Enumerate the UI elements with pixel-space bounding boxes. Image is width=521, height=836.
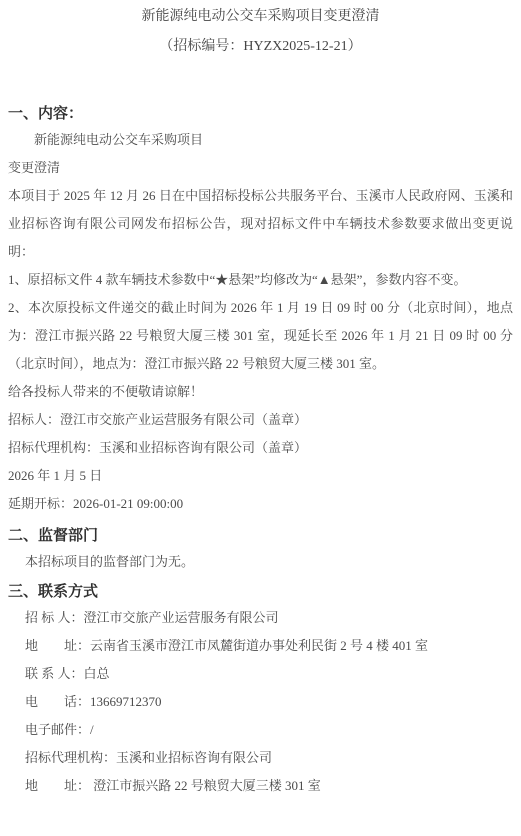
contact-person-value: 白总 [84,666,110,681]
contact-phone-value: 13669712370 [90,694,162,709]
document-page: 新能源纯电动公交车采购项目变更澄清 （招标编号：HYZX2025-12-21） … [0,0,521,800]
contact-tenderer-line: 招 标 人：澄江市交旅产业运营服务有限公司 [8,604,513,632]
section-1-heading: 一、内容： [8,102,513,126]
supervision-line: 本招标项目的监督部门为无。 [8,548,513,576]
contact-tenderer-label: 招 标 人： [25,610,84,625]
change-item-2: 2、本次原投标文件递交的截止时间为 2026 年 1 月 19 日 09 时 0… [8,294,513,378]
contact-person-label: 联 系 人： [25,666,84,681]
contact-phone-line: 电 话：13669712370 [8,688,513,716]
contact-phone-label: 电 话： [25,694,90,709]
change-item-1: 1、原招标文件 4 款车辆技术参数中“★悬架”均修改为“▲悬架”，参数内容不变。 [8,266,513,294]
contact-address-label: 地 址： [25,638,90,653]
agency-signature-line: 招标代理机构：玉溪和业招标咨询有限公司（盖章） [8,434,513,462]
agency-address-label: 地 址： [25,778,90,793]
apology-line: 给各投标人带来的不便敬请谅解！ [8,378,513,406]
section-3-heading: 三、联系方式 [8,580,513,604]
agency-name-line: 招标代理机构：玉溪和业招标咨询有限公司 [8,744,513,772]
agency-name-label: 招标代理机构： [25,750,116,765]
announcement-paragraph: 本项目于 2025 年 12 月 26 日在中国招标投标公共服务平台、玉溪市人民… [8,182,513,266]
section-2-heading: 二、监督部门 [8,524,513,548]
contact-email-label: 电子邮件： [25,722,90,737]
agency-name-value: 玉溪和业招标咨询有限公司 [116,750,272,765]
contact-address-value: 云南省玉溪市澄江市凤麓街道办事处利民街 2 号 4 楼 401 室 [90,638,428,653]
contact-person-line: 联 系 人：白总 [8,660,513,688]
tenderer-signature-line: 招标人：澄江市交旅产业运营服务有限公司（盖章） [8,406,513,434]
postponed-opening-line: 延期开标：2026-01-21 09:00:00 [8,490,513,518]
agency-address-line: 地 址： 澄江市振兴路 22 号粮贸大厦三楼 301 室 [8,772,513,800]
document-date-line: 2026 年 1 月 5 日 [8,462,513,490]
project-name-line: 新能源纯电动公交车采购项目 [8,126,513,154]
tender-number-subtitle: （招标编号：HYZX2025-12-21） [8,36,513,58]
contact-address-line: 地 址：云南省玉溪市澄江市凤麓街道办事处利民街 2 号 4 楼 401 室 [8,632,513,660]
document-title: 新能源纯电动公交车采购项目变更澄清 [8,6,513,28]
agency-address-value: 澄江市振兴路 22 号粮贸大厦三楼 301 室 [90,778,321,793]
contact-email-line: 电子邮件：/ [8,716,513,744]
contact-tenderer-value: 澄江市交旅产业运营服务有限公司 [84,610,279,625]
change-clarification-line: 变更澄清 [8,154,513,182]
contact-email-value: / [90,722,94,737]
